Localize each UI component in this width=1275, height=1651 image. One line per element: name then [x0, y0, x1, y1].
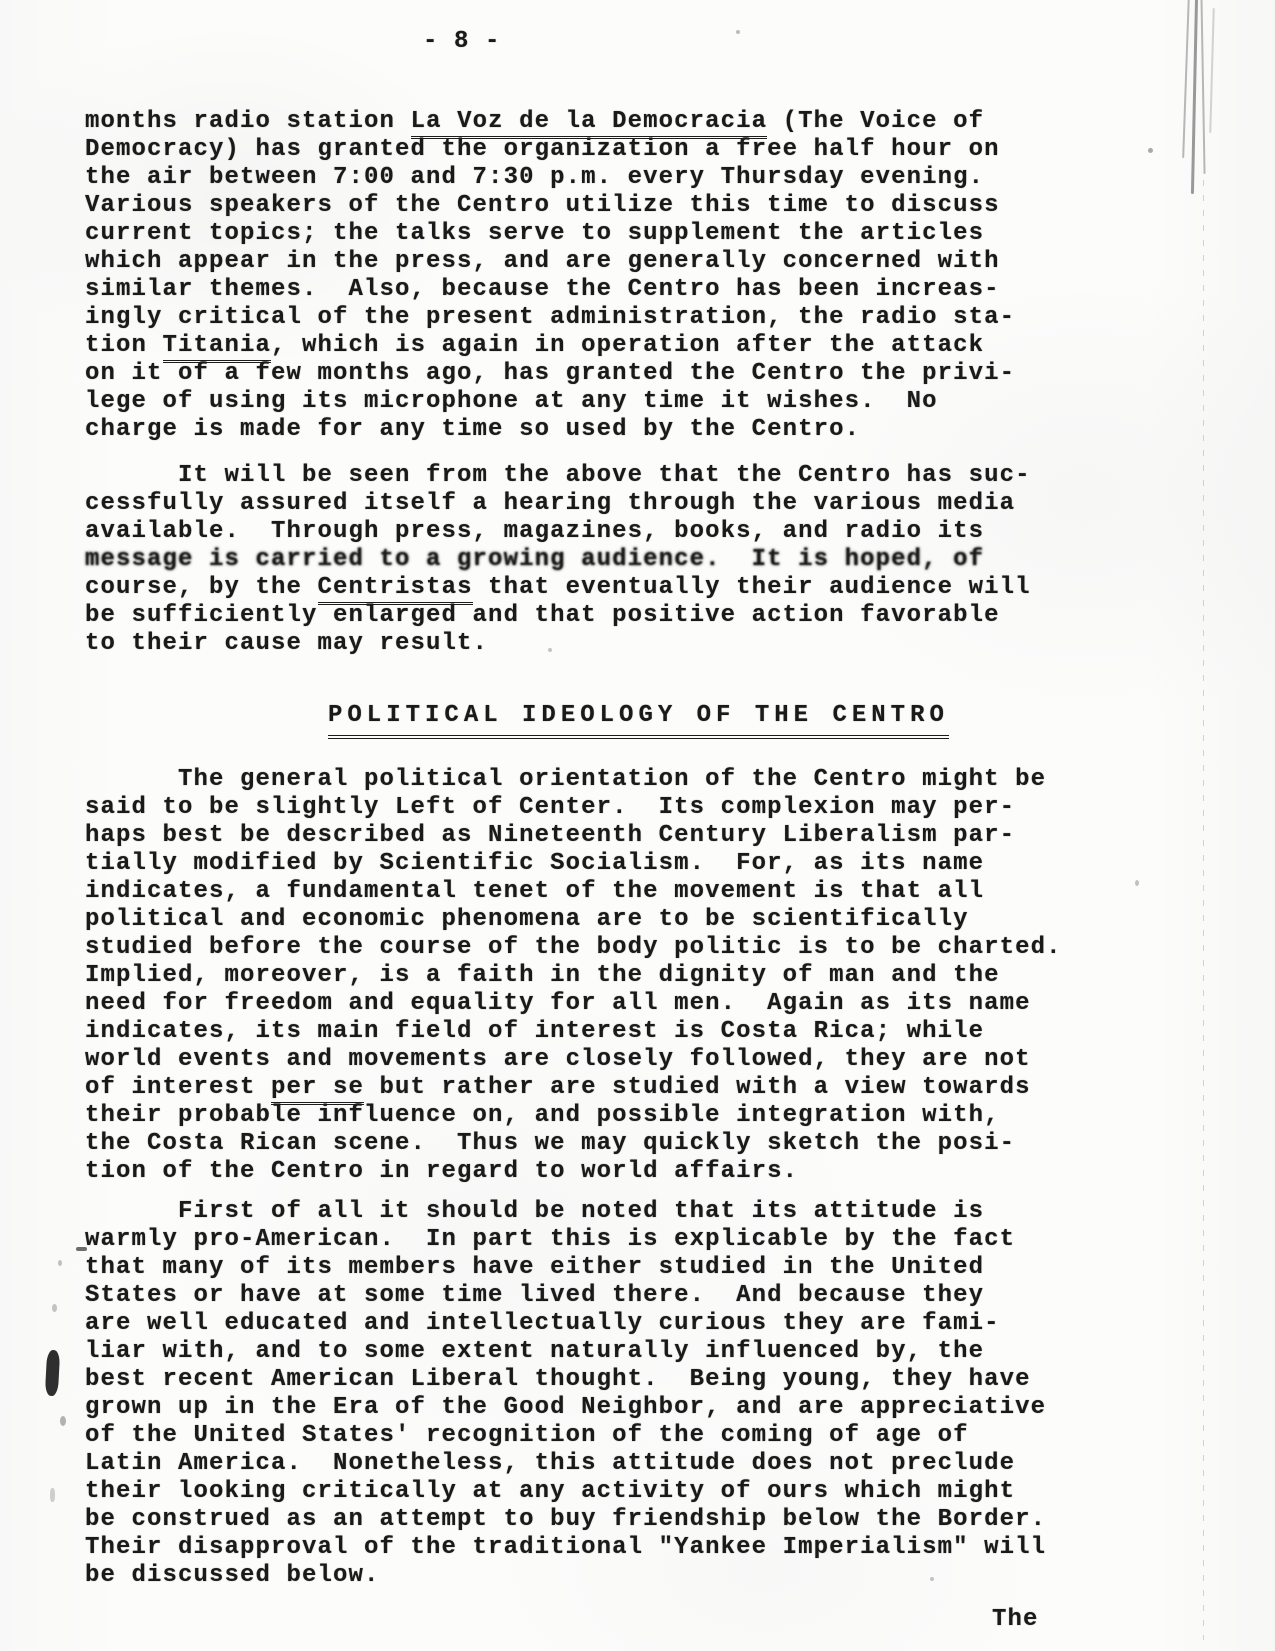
- text-line: Various speakers of the Centro utilize t…: [85, 192, 1015, 220]
- text-segment: Various speakers of the Centro utilize t…: [85, 192, 1000, 219]
- section-heading: POLITICAL IDEOLOGY OF THE CENTRO: [328, 702, 949, 739]
- text-line: indicates, its main field of interest is…: [85, 1018, 1062, 1046]
- scan-speck: [548, 648, 552, 652]
- text-segment: Implied, moreover, is a faith in the dig…: [85, 962, 1000, 989]
- text-line: best recent American Liberal thought. Be…: [85, 1366, 1046, 1394]
- text-line: their probable influence on, and possibl…: [85, 1102, 1062, 1130]
- text-line: of interest per se but rather are studie…: [85, 1074, 1062, 1102]
- text-line: Implied, moreover, is a faith in the dig…: [85, 962, 1062, 990]
- scan-streak: [1209, 8, 1214, 133]
- page-number: - 8 -: [423, 28, 501, 56]
- text-line: indicates, a fundamental tenet of the mo…: [85, 878, 1062, 906]
- ink-blot: [45, 1350, 60, 1397]
- text-line: grown up in the Era of the Good Neighbor…: [85, 1394, 1046, 1422]
- text-line: liar with, and to some extent naturally …: [85, 1338, 1046, 1366]
- text-segment: States or have at some time lived there.…: [85, 1282, 984, 1309]
- text-segment: Latin America. Nonetheless, this attitud…: [85, 1450, 1015, 1477]
- text-segment: lege of using its microphone at any time…: [85, 388, 938, 415]
- scan-streak: [1200, 0, 1205, 174]
- text-segment: , which is again in operation after the …: [271, 332, 984, 359]
- text-segment: grown up in the Era of the Good Neighbor…: [85, 1394, 1046, 1421]
- text-segment: their probable influence on, and possibl…: [85, 1102, 1000, 1129]
- text-line: message is carried to a growing audience…: [85, 546, 1031, 574]
- text-line: the air between 7:00 and 7:30 p.m. every…: [85, 164, 1015, 192]
- text-line: said to be slightly Left of Center. Its …: [85, 794, 1062, 822]
- text-line: be sufficiently enlarged and that positi…: [85, 602, 1031, 630]
- scan-speck: [736, 30, 740, 34]
- text-line: be discussed below.: [85, 1562, 1046, 1590]
- text-line: tion Titania, which is again in operatio…: [85, 332, 1015, 360]
- text-line: that many of its members have either stu…: [85, 1254, 1046, 1282]
- text-segment: (The Voice of: [767, 108, 984, 135]
- underlined-text: La Voz de la Democracia: [411, 108, 768, 139]
- text-segment: ingly critical of the present administra…: [85, 304, 1015, 331]
- text-segment: It will be seen from the above that the …: [85, 462, 1031, 489]
- text-line: lege of using its microphone at any time…: [85, 388, 1015, 416]
- text-line: Democracy) has granted the organization …: [85, 136, 1015, 164]
- catchword: The: [992, 1606, 1039, 1634]
- text-line: course, by the Centristas that eventuall…: [85, 574, 1031, 602]
- text-line: ingly critical of the present administra…: [85, 304, 1015, 332]
- text-line: of the United States' recognition of the…: [85, 1422, 1046, 1450]
- text-segment: current topics; the talks serve to suppl…: [85, 220, 984, 247]
- stray-mark: [76, 1247, 87, 1251]
- text-line: First of all it should be noted that its…: [85, 1198, 1046, 1226]
- text-line: political and economic phenomena are to …: [85, 906, 1062, 934]
- text-line: tion of the Centro in regard to world af…: [85, 1158, 1062, 1186]
- text-line: world events and movements are closely f…: [85, 1046, 1062, 1074]
- text-segment: studied before the course of the body po…: [85, 934, 1062, 961]
- scan-speck: [1148, 148, 1153, 153]
- document-page: - 8 - months radio station La Voz de la …: [0, 0, 1275, 1651]
- text-segment: the air between 7:00 and 7:30 p.m. every…: [85, 164, 984, 191]
- text-line: States or have at some time lived there.…: [85, 1282, 1046, 1310]
- text-line: on it of a few months ago, has granted t…: [85, 360, 1015, 388]
- text-line: current topics; the talks serve to suppl…: [85, 220, 1015, 248]
- scan-streak: [1182, 0, 1190, 158]
- text-segment: their looking critically at any activity…: [85, 1478, 1015, 1505]
- text-line: The general political orientation of the…: [85, 766, 1062, 794]
- text-line: haps best be described as Nineteenth Cen…: [85, 822, 1062, 850]
- text-segment: the Costa Rican scene. Thus we may quick…: [85, 1130, 1015, 1157]
- text-segment: tion: [85, 332, 163, 359]
- text-line: need for freedom and equality for all me…: [85, 990, 1062, 1018]
- text-segment: months radio station: [85, 108, 411, 135]
- text-line: are well educated and intellectually cur…: [85, 1310, 1046, 1338]
- text-segment: First of all it should be noted that its…: [85, 1198, 984, 1225]
- text-line: Latin America. Nonetheless, this attitud…: [85, 1450, 1046, 1478]
- text-line: months radio station La Voz de la Democr…: [85, 108, 1015, 136]
- text-segment: on it of a few months ago, has granted t…: [85, 360, 1015, 387]
- text-segment: tion of the Centro in regard to world af…: [85, 1158, 798, 1185]
- text-line: studied before the course of the body po…: [85, 934, 1062, 962]
- scan-speck: [1135, 880, 1139, 886]
- text-segment: need for freedom and equality for all me…: [85, 990, 1031, 1017]
- text-line: their looking critically at any activity…: [85, 1478, 1046, 1506]
- text-segment: warmly pro-American. In part this is exp…: [85, 1226, 1015, 1253]
- underlined-text: Centristas: [318, 574, 473, 605]
- text-segment: available. Through press, magazines, boo…: [85, 518, 984, 545]
- scan-speck: [60, 1416, 66, 1426]
- text-segment: of interest: [85, 1074, 271, 1101]
- scan-speck: [50, 1488, 55, 1502]
- text-segment: that eventually their audience will: [473, 574, 1031, 601]
- text-segment: message is carried to a growing audience…: [85, 546, 984, 573]
- text-segment: which appear in the press, and are gener…: [85, 248, 1000, 275]
- text-segment: indicates, a fundamental tenet of the mo…: [85, 878, 984, 905]
- text-segment: but rather are studied with a view towar…: [364, 1074, 1031, 1101]
- text-segment: cessfully assured itself a hearing throu…: [85, 490, 1015, 517]
- scan-streak-faint: [1203, 180, 1204, 1640]
- scan-streak: [1191, 0, 1198, 194]
- underlined-text: Titania: [163, 332, 272, 363]
- text-segment: haps best be described as Nineteenth Cen…: [85, 822, 1015, 849]
- text-segment: that many of its members have either stu…: [85, 1254, 984, 1281]
- text-line: similar themes. Also, because the Centro…: [85, 276, 1015, 304]
- text-segment: similar themes. Also, because the Centro…: [85, 276, 1000, 303]
- text-line: It will be seen from the above that the …: [85, 462, 1031, 490]
- text-segment: world events and movements are closely f…: [85, 1046, 1031, 1073]
- text-line: available. Through press, magazines, boo…: [85, 518, 1031, 546]
- text-segment: said to be slightly Left of Center. Its …: [85, 794, 1015, 821]
- paragraph-radio-media: months radio station La Voz de la Democr…: [85, 108, 1015, 444]
- text-segment: be discussed below.: [85, 1562, 380, 1589]
- text-line: tially modified by Scientific Socialism.…: [85, 850, 1062, 878]
- underlined-text: per se: [271, 1074, 364, 1105]
- text-segment: of the United States' recognition of the…: [85, 1422, 969, 1449]
- text-segment: are well educated and intellectually cur…: [85, 1310, 1000, 1337]
- text-segment: political and economic phenomena are to …: [85, 906, 969, 933]
- text-segment: be sufficiently enlarged and that positi…: [85, 602, 1000, 629]
- text-segment: liar with, and to some extent naturally …: [85, 1338, 984, 1365]
- text-segment: Democracy) has granted the organization …: [85, 136, 1000, 163]
- scan-speck: [930, 1577, 934, 1581]
- text-segment: tially modified by Scientific Socialism.…: [85, 850, 984, 877]
- text-line: warmly pro-American. In part this is exp…: [85, 1226, 1046, 1254]
- text-segment: be construed as an attempt to buy friend…: [85, 1506, 1046, 1533]
- text-line: Their disapproval of the traditional "Ya…: [85, 1534, 1046, 1562]
- paragraph-political-orientation: The general political orientation of the…: [85, 766, 1062, 1186]
- text-line: to their cause may result.: [85, 630, 1031, 658]
- text-segment: course, by the: [85, 574, 318, 601]
- paragraph-pro-american-attitude: First of all it should be noted that its…: [85, 1198, 1046, 1590]
- text-line: cessfully assured itself a hearing throu…: [85, 490, 1031, 518]
- text-segment: charge is made for any time so used by t…: [85, 416, 860, 443]
- text-segment: The general political orientation of the…: [85, 766, 1046, 793]
- text-line: be construed as an attempt to buy friend…: [85, 1506, 1046, 1534]
- text-segment: to their cause may result.: [85, 630, 488, 657]
- paragraph-media-summary: It will be seen from the above that the …: [85, 462, 1031, 658]
- text-segment: best recent American Liberal thought. Be…: [85, 1366, 1031, 1393]
- scan-speck: [52, 1304, 57, 1312]
- text-segment: indicates, its main field of interest is…: [85, 1018, 984, 1045]
- text-line: which appear in the press, and are gener…: [85, 248, 1015, 276]
- text-segment: Their disapproval of the traditional "Ya…: [85, 1534, 1046, 1561]
- text-line: the Costa Rican scene. Thus we may quick…: [85, 1130, 1062, 1158]
- scan-speck: [58, 1260, 62, 1266]
- text-line: charge is made for any time so used by t…: [85, 416, 1015, 444]
